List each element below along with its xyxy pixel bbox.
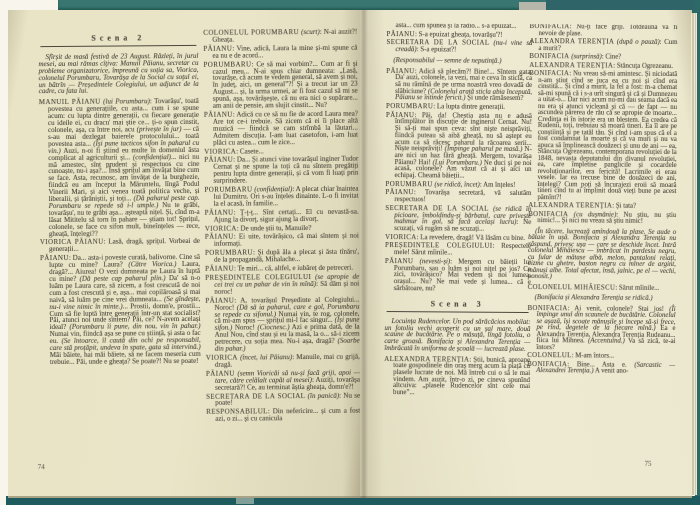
speaker-name: ALEXANDRA TERENȚIA xyxy=(529,38,614,46)
speech-paragraph: PĂIANU: Te miri... că, altfel, e iubăreț… xyxy=(205,265,359,273)
speaker-name: ALEXANDRA TERENȚIA xyxy=(528,202,612,210)
speech-paragraph: VIORICA (încet, lui Păianu): Manuile, ma… xyxy=(206,354,360,369)
speaker-name: PORUMBARU xyxy=(385,181,432,188)
speaker-name: PĂIANU xyxy=(386,31,414,38)
speaker-name: PĂIANU xyxy=(386,68,414,75)
speech-paragraph: PĂIANU: A, tovarășul Președinte al Coleg… xyxy=(205,296,359,352)
speaker-name: VIORICA xyxy=(204,147,236,155)
stage-direction: Locuința Rudencelor. Un pod sărăcăcios m… xyxy=(384,319,530,354)
left-page-column-1: Scena 2 Sfîrșit de masă festivă de 23 Au… xyxy=(38,34,201,469)
scene-2-continuation: asta... cum spunea și la radio... s-a ep… xyxy=(385,23,533,293)
book-cover-bottom-highlight xyxy=(236,497,254,504)
speaker-name: PORUMBARU xyxy=(204,185,252,193)
left-page: Scena 2 Sfîrșit de masă festivă de 23 Au… xyxy=(8,10,360,498)
speech-paragraph: BONIFACIA: Ai venit, colonele? Stai jos!… xyxy=(527,306,675,353)
speech-paragraph: SECRETARA DE LA SOCIAL (se ridică în pic… xyxy=(385,206,531,234)
speech-paragraph: ALEXANDRA TERENȚIA: Stăncuța Ogrezeanu. xyxy=(529,63,677,71)
speaker-name: PREȘEDINTELE COLEGIULUI xyxy=(385,242,493,250)
speech-paragraph: PĂIANU: Ț-ț-ț... Sînt certați... El cu n… xyxy=(205,208,359,223)
speaker-name: PĂIANU xyxy=(386,112,414,119)
speaker-name: PĂIANU xyxy=(205,233,234,241)
speaker-name: VIORICA xyxy=(385,234,417,241)
speech-paragraph: BONIFACIA: Nu-ți face griji. Totdeauna v… xyxy=(530,24,678,38)
speech-paragraph: BONIFACIA (surprinsă): Cine? xyxy=(529,54,677,62)
speaker-name: COLONELUL PORUMBARU xyxy=(203,29,299,37)
speaker-name: PĂIANU xyxy=(204,156,233,164)
right-page-column-1: asta... cum spunea și la radio... s-a ep… xyxy=(383,23,532,474)
speech-paragraph: PĂIANU: Păi, da! Chestia asta nu e adusă… xyxy=(386,113,532,181)
speaker-name: VIORICA xyxy=(205,224,237,232)
scene-3-body: Locuința Rudencelor. Un pod sărăcăcios m… xyxy=(384,319,531,398)
continuation-paragraph: asta... cum spunea și la radio... s-a ep… xyxy=(387,23,533,31)
speech-paragraph: PREȘEDINTELE COLEGIULUI (se apropie de c… xyxy=(205,274,359,296)
speech-paragraph: PĂIANU: Da... asta-i poveste curată, bal… xyxy=(40,254,201,366)
speech-paragraph: BONIFACIA: Nu vreau să-mi amintesc. Și n… xyxy=(528,71,677,202)
speaker-name: PĂIANU xyxy=(385,258,413,265)
speech-paragraph: PĂIANU: Vine, adică, Laura la mine și-mi… xyxy=(203,44,357,59)
scene-3-heading: Scena 3 xyxy=(387,301,529,313)
speaker-name: ALEXANDRA TERENȚIA xyxy=(529,62,613,70)
speaker-name: MANUIL PĂIANU xyxy=(39,98,101,106)
speech-paragraph: PORUMBARU: Ce să mai vorbim?... Cum ar f… xyxy=(203,60,357,110)
speech-paragraph: SECRETARA DE LA SOCIAL (nu-i vine să cre… xyxy=(386,40,532,54)
speaker-name: PORUMBARU xyxy=(205,249,253,257)
open-book-scan: Scena 2 Sfîrșit de masă festivă de 23 Au… xyxy=(0,0,700,505)
page-fore-edge xyxy=(691,13,697,495)
speech-paragraph: PREȘEDINTELE COLEGIULUI: Respectele mele… xyxy=(385,243,531,257)
speech-paragraph: PORUMBARU: La lupta dintre generații. xyxy=(386,104,532,112)
speaker-name: VIORICA xyxy=(206,354,238,362)
speaker-name: COLONELUL xyxy=(527,352,571,359)
speech-paragraph: ALEXANDRA TERENȚIA: Știi, bunică, aproap… xyxy=(384,357,530,398)
speech-paragraph: PĂIANU: Adică cu ce să nu fie de acord L… xyxy=(204,111,358,147)
speaker-name: PĂIANU xyxy=(204,111,233,119)
speech-paragraph: PĂIANU: Ei uite, tovărășico, că mai sînt… xyxy=(205,233,359,248)
speaker-name: PĂIANU xyxy=(203,44,232,52)
speaker-name: RESPONSABILUL xyxy=(206,408,268,416)
speaker-name: PĂIANU xyxy=(205,208,234,216)
speaker-name: COLONELUL MIHĂIESCU xyxy=(528,284,616,292)
speech-paragraph: ALEXANDRA TERENȚIA: Și tata? xyxy=(528,203,676,211)
speech-paragraph: PĂIANU (semn Vioricăi să nu-și facă grij… xyxy=(206,369,360,391)
page-number-left: 74 xyxy=(38,463,45,471)
right-page-column-2: BONIFACIA: Nu-ți face griji. Totdeauna v… xyxy=(526,24,677,477)
stage-direction: (Responsabilul — semne de neputință.) xyxy=(386,58,532,66)
speaker-name: BONIFACIA xyxy=(529,70,569,77)
speech-paragraph: VIORICA: La revedere, dragă! Vă lăsăm cu… xyxy=(385,235,531,243)
scene-2-body: Sfîrșit de masă festivă de 23 August. Ră… xyxy=(38,53,200,366)
speech-paragraph: PĂIANU: Tovarășa secretară, vă salutăm r… xyxy=(385,190,531,204)
right-page-text: asta... cum spunea și la radio... s-a ep… xyxy=(358,9,693,497)
speaker-name: PORUMBARU xyxy=(386,103,433,110)
speaker-name: PORUMBARU xyxy=(203,60,251,68)
scene-2-heading: Scena 2 xyxy=(40,35,196,47)
speech-paragraph: COLONELUL: M-am întors... xyxy=(527,353,675,361)
speaker-name: PĂIANU xyxy=(40,254,69,262)
speaker-name: VIORICA PĂIANU xyxy=(40,238,104,247)
speaker-name: BONIFACIA xyxy=(528,211,568,218)
speaker-name: BONIFACIA xyxy=(529,53,569,60)
left-page-text: Scena 2 Sfîrșit de masă festivă de 23 Au… xyxy=(6,9,362,498)
speaker-name: BONIFACIA xyxy=(530,24,570,30)
speaker-name: PĂIANU xyxy=(205,265,234,273)
speech-paragraph: PĂIANU: Da... Și atunci vine tovarășul i… xyxy=(204,156,358,185)
speech-paragraph: PORUMBARU: Și după ăla a plecat și ăsta … xyxy=(205,249,359,264)
speech-paragraph: SECRETARA DE LA SOCIAL (în panică): Nu s… xyxy=(206,392,360,407)
speech-paragraph: RESPONSABILUL: Din nefericire... și cum … xyxy=(206,408,360,423)
speech-paragraph: BONIFACIA: Bine... Asta e. (Sarcastic — … xyxy=(527,362,675,376)
right-page: asta... cum spunea și la radio... s-a ep… xyxy=(360,10,692,498)
speech-paragraph: ALEXANDRA TERENȚIA (după o pauză): Cum a… xyxy=(529,39,677,53)
speech-paragraph: BONIFACIA (cu dușmănie): Nu știu, nu ști… xyxy=(528,212,676,226)
speaker-name: SECRETARA DE LA SOCIAL xyxy=(206,392,305,401)
speaker-name: PĂIANU xyxy=(205,296,234,304)
speech-paragraph: COLONELUL MIHĂIESCU: Sărut mîinile... xyxy=(528,285,676,293)
speech-paragraph: PĂIANU (nevesti-și): Mergem cu băieții l… xyxy=(385,259,531,294)
stage-direction: Sfîrșit de masă festivă de 23 August. Ră… xyxy=(38,53,198,96)
speaker-name: PĂIANU xyxy=(385,189,413,196)
speech-paragraph: MANUIL PĂIANU (lui Porumbaru): Tovarășu'… xyxy=(39,98,200,237)
speech-paragraph: COLONELUL PORUMBARU (scurt): N-ai auzit?… xyxy=(203,29,357,44)
speech-paragraph: VIORICA PĂIANU: Lasă, dragă, șprițul. Vo… xyxy=(40,238,200,253)
left-page-column-2: COLONELUL PORUMBARU (scurt): N-ai auzit?… xyxy=(203,29,360,472)
speaker-name: ALEXANDRA TERENȚIA xyxy=(384,356,469,364)
speech-paragraph: PĂIANU: Adică să plecăm?! Bine!... Sînte… xyxy=(386,69,532,104)
page-number-right: 75 xyxy=(645,460,652,468)
speech-paragraph: PORUMBARU (confidențial): A plecat chiar… xyxy=(204,186,358,208)
stage-direction: (Bonifacia și Alexandra Terenția se ridi… xyxy=(528,295,676,303)
stage-direction: (În tăcere, lucrează amîndouă la plase. … xyxy=(528,229,676,282)
